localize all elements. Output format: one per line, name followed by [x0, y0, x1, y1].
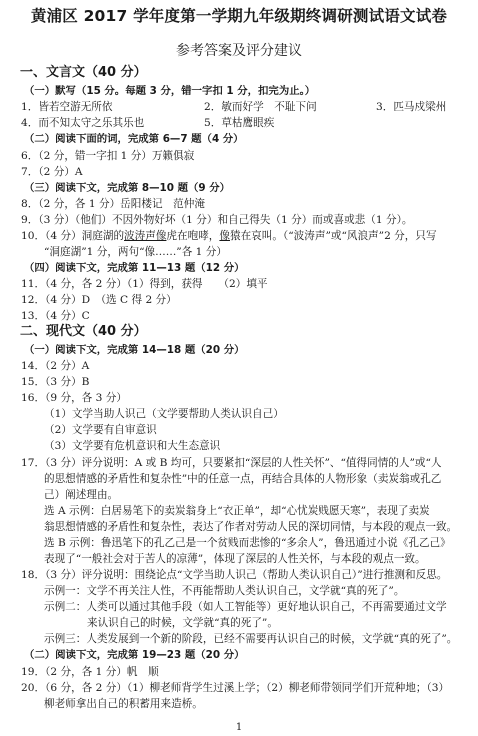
answer-10-text: 10．（4 分）洞庭湖的 [21, 230, 124, 242]
answer-11: 11．（4 分，各 2 分）（1）得到，获得 （2）填平 [21, 277, 268, 291]
answer-14: 14．（2 分）A [21, 359, 89, 373]
answer-17-example-a-cont: 翁思想情感的矛盾性和复杂性，表达了作者对劳动人民的深切同情，与本段的观点一致。 [44, 520, 457, 534]
answer-20: 20．（6 分，各 2 分）（1）柳老师背学生过溪上学；（2）柳老师带领同学们开… [21, 681, 449, 695]
answer-9: 9．（3 分）（他们）不因外物好坏（1 分）和自己得失（1 分）而或喜或悲（1 … [21, 213, 412, 227]
document-subtitle: 参考答案及评分建议 [0, 40, 478, 60]
answer-8: 8．（2 分，各 1 分）岳阳楼记 范仲淹 [21, 197, 205, 211]
answer-16-1: （1）文学当助人识己（文学要帮助人类认识自己） [44, 407, 284, 421]
answer-10-text: 虎在咆哮， [166, 230, 219, 242]
answer-16-3: （3）文学要有危机意识和大生态意识 [44, 439, 220, 453]
answer-10-cont: “洞庭湖”1 分，两句“像……”各 1 分） [44, 245, 227, 259]
answer-7: 7．（2 分）A [21, 165, 83, 179]
answer-17-example-b-cont: 表现了“一般社会对于苦人的凉薄”，体现了深层的人性关怀，与本段的观点一致。 [44, 552, 426, 566]
answer-10-underlined: 波涛声像 [124, 230, 166, 242]
answer-13: 13．（4 分）C [21, 309, 90, 323]
answer-key-page: 黄浦区 2017 学年度第一学期九年级期终调研测试语文试卷 参考答案及评分建议 … [0, 0, 478, 736]
answer-1: 1．皆若空游无所依 [21, 101, 113, 113]
page-number: 1 [0, 722, 478, 733]
answer-10: 10．（4 分）洞庭湖的波涛声像虎在咆哮，像猿在哀叫。（“波涛声”或“风浪声”2… [21, 229, 437, 243]
answer-6: 6．（2 分，错一字扣 1 分）万籁俱寂 [21, 149, 194, 163]
answer-2: 2．敏而好学 不耻下问 [204, 100, 317, 114]
answer-20-cont: 柳老师拿出自己的积蓄用来造桥。 [44, 697, 203, 711]
answer-12: 12．（4 分）D （选 C 得 2 分） [21, 293, 177, 307]
answer-row: 4．而不知太守之乐其乐也 5．草枯鹰眼疾 [21, 116, 461, 130]
document-title: 黄浦区 2017 学年度第一学期九年级期终调研测试语文试卷 [0, 4, 478, 26]
answer-18-example-2-cont: 来认识自己的时候，文学就“真的死了”。 [87, 616, 278, 630]
answer-18-example-2: 示例二：人类可以通过其他手段（如人工智能等）更好地认识自己，不再需要通过文学 [44, 600, 447, 614]
answer-5: 5．草枯鹰眼疾 [204, 116, 274, 130]
part1-sec3-heading: （三）阅读下文，完成第 8—10 题（9 分） [24, 181, 230, 195]
answer-17-cont: 己）阐述理由。 [44, 488, 118, 502]
answer-10-text: 猿在哀叫。（“波涛声”或“风浪声”2 分，只写 [230, 230, 437, 242]
answer-18-example-3: 示例三：人类发展到一个新的阶段，已经不需要再认识自己的时候，文学就“真的死了”。 [44, 632, 457, 646]
part1-sec1-heading: （一）默写（15 分。每题 3 分，错一字扣 1 分，扣完为止。） [24, 84, 315, 98]
answer-15: 15．（3 分）B [21, 375, 89, 389]
answer-17-example-a: 选 A 示例：白居易笔下的卖炭翁身上“衣正单”，却“心忧炭贱愿天寒”，表现了卖炭 [44, 504, 430, 518]
answer-18: 18．（3 分）评分说明：围绕论点“文学当助人识己（帮助人类认识自己）”进行推测… [21, 568, 447, 582]
answer-4: 4．而不知太守之乐其乐也 [21, 117, 144, 129]
answer-19: 19．（2 分，各 1 分）帆 顺 [21, 665, 159, 679]
part1-heading: 一、文言文（40 分） [20, 66, 147, 80]
answer-17-cont: 的思想情感的矛盾性和复杂性”中的任意一点，再结合具体的人物形象（卖炭翁或孔乙 [44, 472, 441, 486]
answer-18-example-1: 示例一：文学不再关注人性，不再能帮助人类认识自己，文学就“真的死了”。 [44, 584, 404, 598]
part1-sec4-heading: （四）阅读下文，完成第 11—13 题（12 分） [24, 261, 244, 275]
answer-10-underlined: 像 [219, 230, 230, 242]
answer-17: 17．（3 分）评分说明：A 或 B 均可，只要紧扣“深层的人性关怀”、“值得同… [21, 456, 442, 470]
answer-16-2: （2）文学要有自审意识 [44, 423, 157, 437]
answer-row: 1．皆若空游无所依 2．敏而好学 不耻下问 3．匹马戍梁州 [21, 100, 461, 114]
answer-16: 16．（9 分，各 3 分） [21, 391, 127, 405]
answer-3: 3．匹马戍梁州 [376, 100, 446, 114]
part2-sec1-heading: （一）阅读下文，完成第 14—18 题（20 分） [24, 343, 244, 357]
part2-sec2-heading: （二）阅读下文，完成第 19—23 题（20 分） [24, 648, 244, 662]
part1-sec2-heading: （二）阅读下面的词，完成第 6—7 题（4 分） [24, 132, 244, 146]
part2-heading: 二、现代文（40 分） [20, 325, 147, 339]
answer-17-example-b: 选 B 示例：鲁迅笔下的孔乙己是一个贫贱而悲惨的“多余人”，鲁迅通过小说《孔乙己… [44, 536, 451, 550]
